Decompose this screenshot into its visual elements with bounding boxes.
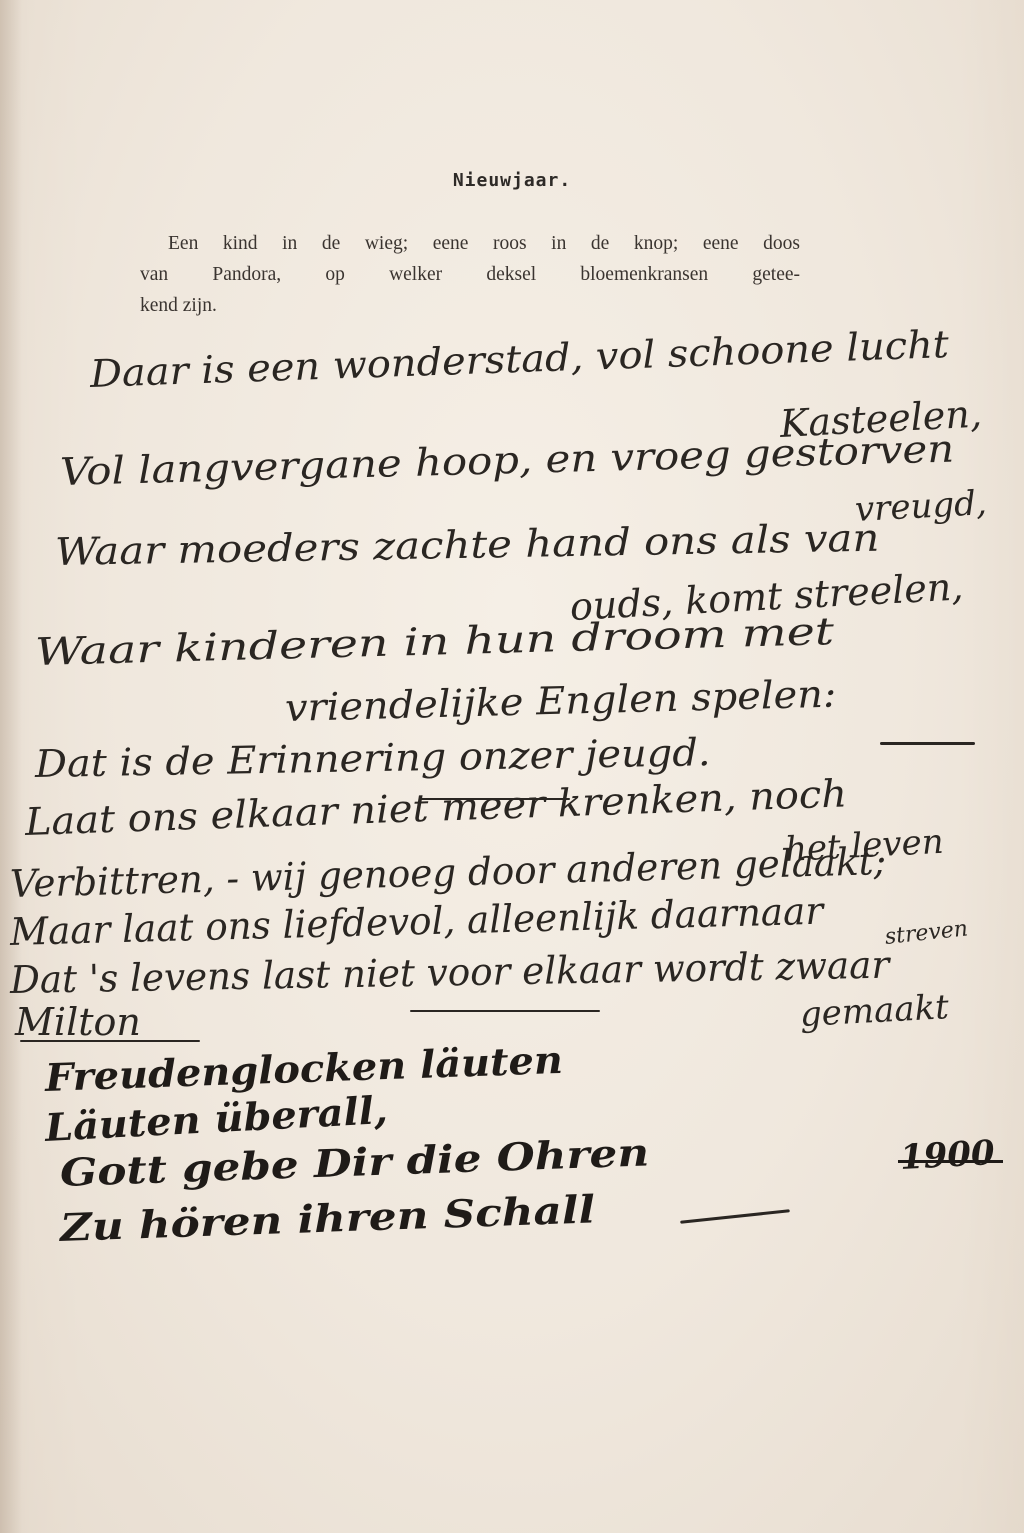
handwritten-line: Dat 's levens last niet voor elkaar word… [10,943,890,1002]
attribution-underline [20,1040,200,1042]
printed-line: van Pandora, op welker deksel bloemenkra… [140,259,800,290]
divider-rule [410,1010,600,1012]
handwritten-line: Vol langvergane hoop, en vroeg gestorven [59,427,954,494]
printed-line: kend zijn. [140,290,800,321]
handwritten-line: Waar kinderen in hun droom met [34,609,834,674]
handwritten-line: Daar is een wonderstad, vol schoone luch… [89,322,949,396]
handwritten-line: streven [884,916,969,950]
dash-rule [680,1209,790,1223]
handwritten-line: Dat is de Erinnering onzer jeugd. [35,730,711,786]
handwritten-line: Zu hören ihren Schall [59,1186,596,1250]
printed-paragraph: Een kind in de wieg; eene roos in de kno… [140,228,800,321]
handwritten-line: vriendelijke Englen spelen: [284,672,836,730]
dash-rule [880,742,975,745]
page-title: Nieuwjaar. [0,170,1024,191]
printed-line: Een kind in de wieg; eene roos in de kno… [140,228,800,259]
attribution-milton: Milton [15,1000,141,1044]
book-page: Nieuwjaar. Een kind in de wieg; eene roo… [0,0,1024,1533]
handwritten-line: Waar moeders zachte hand ons als van [55,516,880,574]
year-1900: 1900 [899,1133,996,1178]
year-underline [898,1160,1003,1163]
handwritten-line: gemaakt [799,987,950,1035]
